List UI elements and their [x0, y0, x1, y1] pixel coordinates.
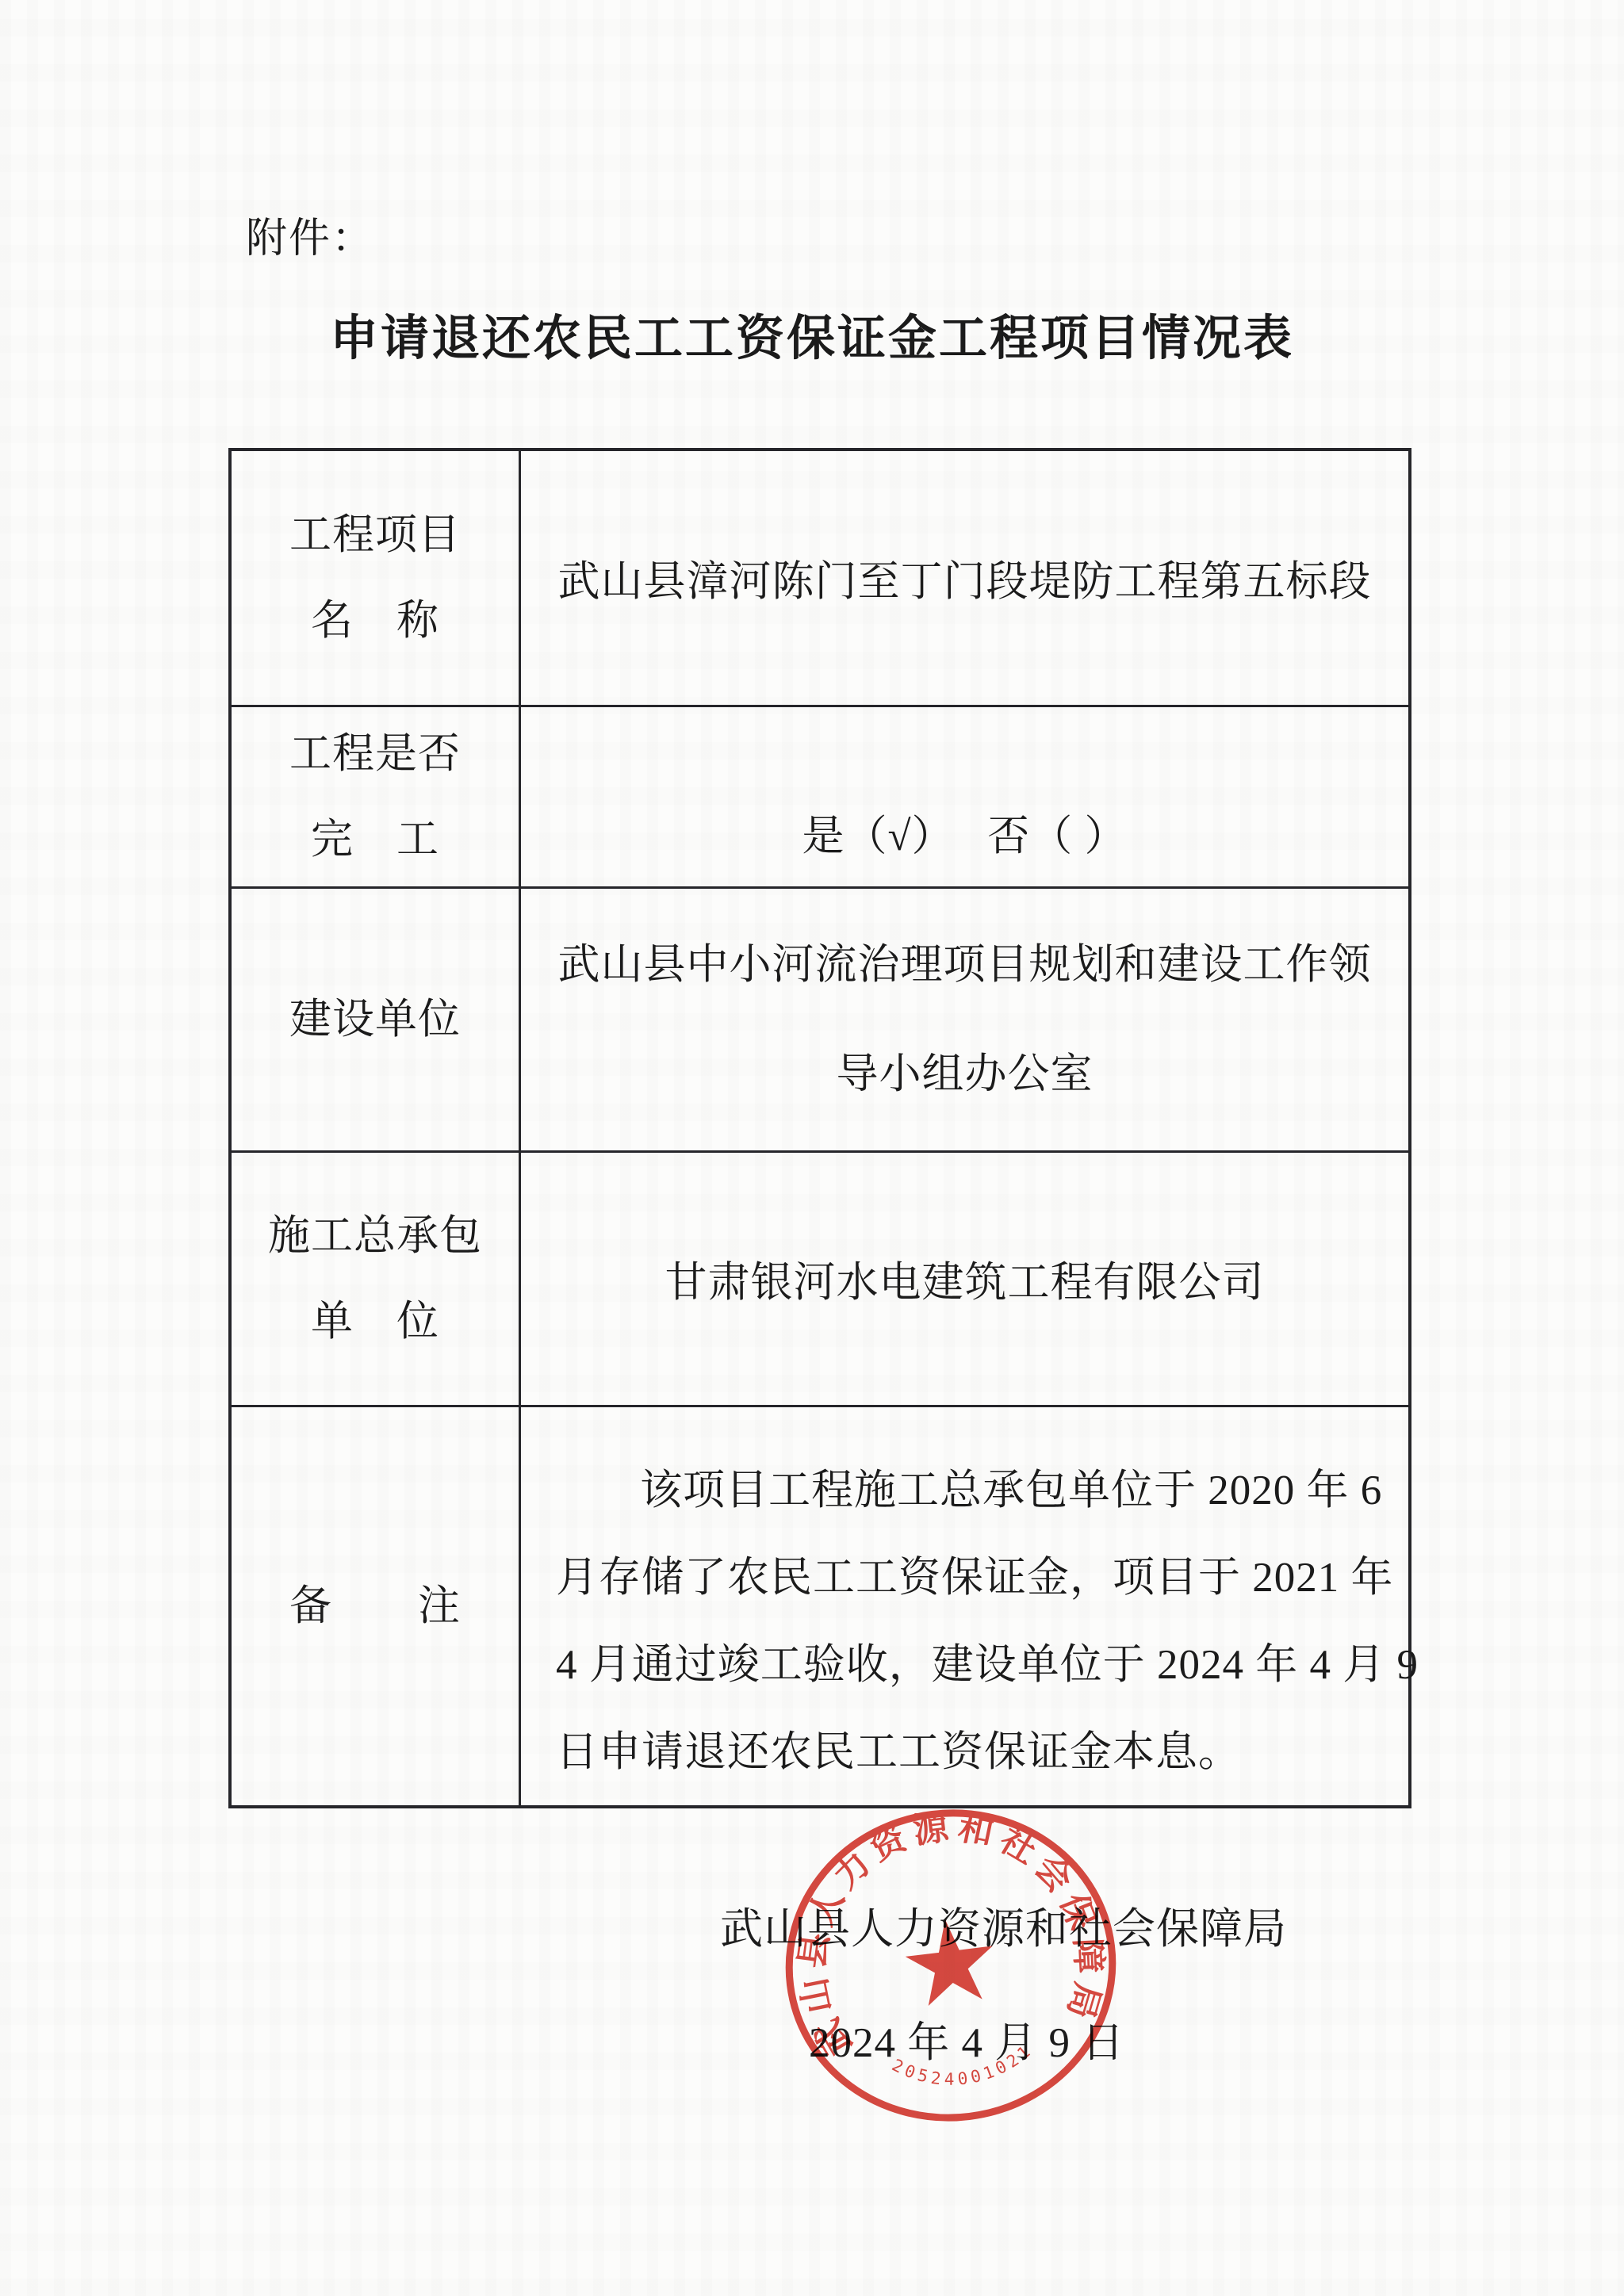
attachment-label: 附件：	[246, 205, 374, 264]
label-completed: 工程是否 完 工	[232, 707, 521, 886]
label-remarks: 备 注	[232, 1407, 521, 1805]
value-remarks: 该项目工程施工总承包单位于 2020 年 6 月存储了农民工工资保证金，项目于 …	[521, 1407, 1447, 1805]
value-line: 武山县中小河流治理项目规划和建设工作领	[558, 910, 1372, 1020]
label-line: 建设单位	[289, 977, 461, 1062]
project-info-table: 工程项目 名 称 武山县漳河陈门至丁门段堤防工程第五标段 工程是否 完 工 是（…	[228, 448, 1411, 1808]
table-row-completed: 工程是否 完 工 是（√） 否（ ）	[232, 705, 1408, 886]
value-project-name: 武山县漳河陈门至丁门段堤防工程第五标段	[521, 451, 1408, 705]
table-row-project-name: 工程项目 名 称 武山县漳河陈门至丁门段堤防工程第五标段	[232, 451, 1408, 705]
table-row-construction-unit: 建设单位 武山县中小河流治理项目规划和建设工作领 导小组办公室	[232, 886, 1408, 1150]
seal-star-icon	[902, 1914, 999, 2007]
scanned-document-page: 附件： 申请退还农民工工资保证金工程项目情况表 工程项目 名 称 武山县漳河陈门…	[0, 0, 1624, 2296]
table-row-remarks: 备 注 该项目工程施工总承包单位于 2020 年 6 月存储了农民工工资保证金，…	[232, 1405, 1408, 1805]
official-seal-graphic: 武山县人力资源和社会保障局 6205240010210	[761, 1786, 1140, 2145]
label-line: 工程是否	[289, 711, 461, 797]
label-line: 备 注	[289, 1563, 461, 1649]
label-construction-unit: 建设单位	[232, 889, 521, 1150]
official-seal: 武山县人力资源和社会保障局 6205240010210	[761, 1786, 1140, 2145]
page-title: 申请退还农民工工资保证金工程项目情况表	[0, 300, 1624, 369]
table-row-general-contractor: 施工总承包 单 位 甘肃银河水电建筑工程有限公司	[232, 1150, 1408, 1405]
remark-line: 4 月通过竣工验收，建设单位于 2024 年 4 月 9	[556, 1621, 1419, 1709]
value-line: 导小组办公室	[837, 1020, 1094, 1129]
label-line: 名 称	[311, 578, 439, 664]
remark-line: 该项目工程施工总承包单位于 2020 年 6	[556, 1447, 1419, 1534]
label-project-name: 工程项目 名 称	[232, 451, 521, 705]
label-line: 单 位	[311, 1279, 439, 1364]
label-line: 施工总承包	[268, 1193, 482, 1279]
remark-line: 日申请退还农民工工资保证金本息。	[556, 1709, 1419, 1796]
value-construction-unit: 武山县中小河流治理项目规划和建设工作领 导小组办公室	[521, 889, 1408, 1150]
value-general-contractor: 甘肃银河水电建筑工程有限公司	[521, 1153, 1408, 1405]
label-line: 工程项目	[289, 492, 461, 578]
value-completed: 是（√） 否（ ）	[521, 707, 1408, 886]
remark-line: 月存储了农民工工资保证金，项目于 2021 年	[556, 1534, 1419, 1621]
label-line: 完 工	[311, 797, 439, 882]
label-general-contractor: 施工总承包 单 位	[232, 1153, 521, 1405]
